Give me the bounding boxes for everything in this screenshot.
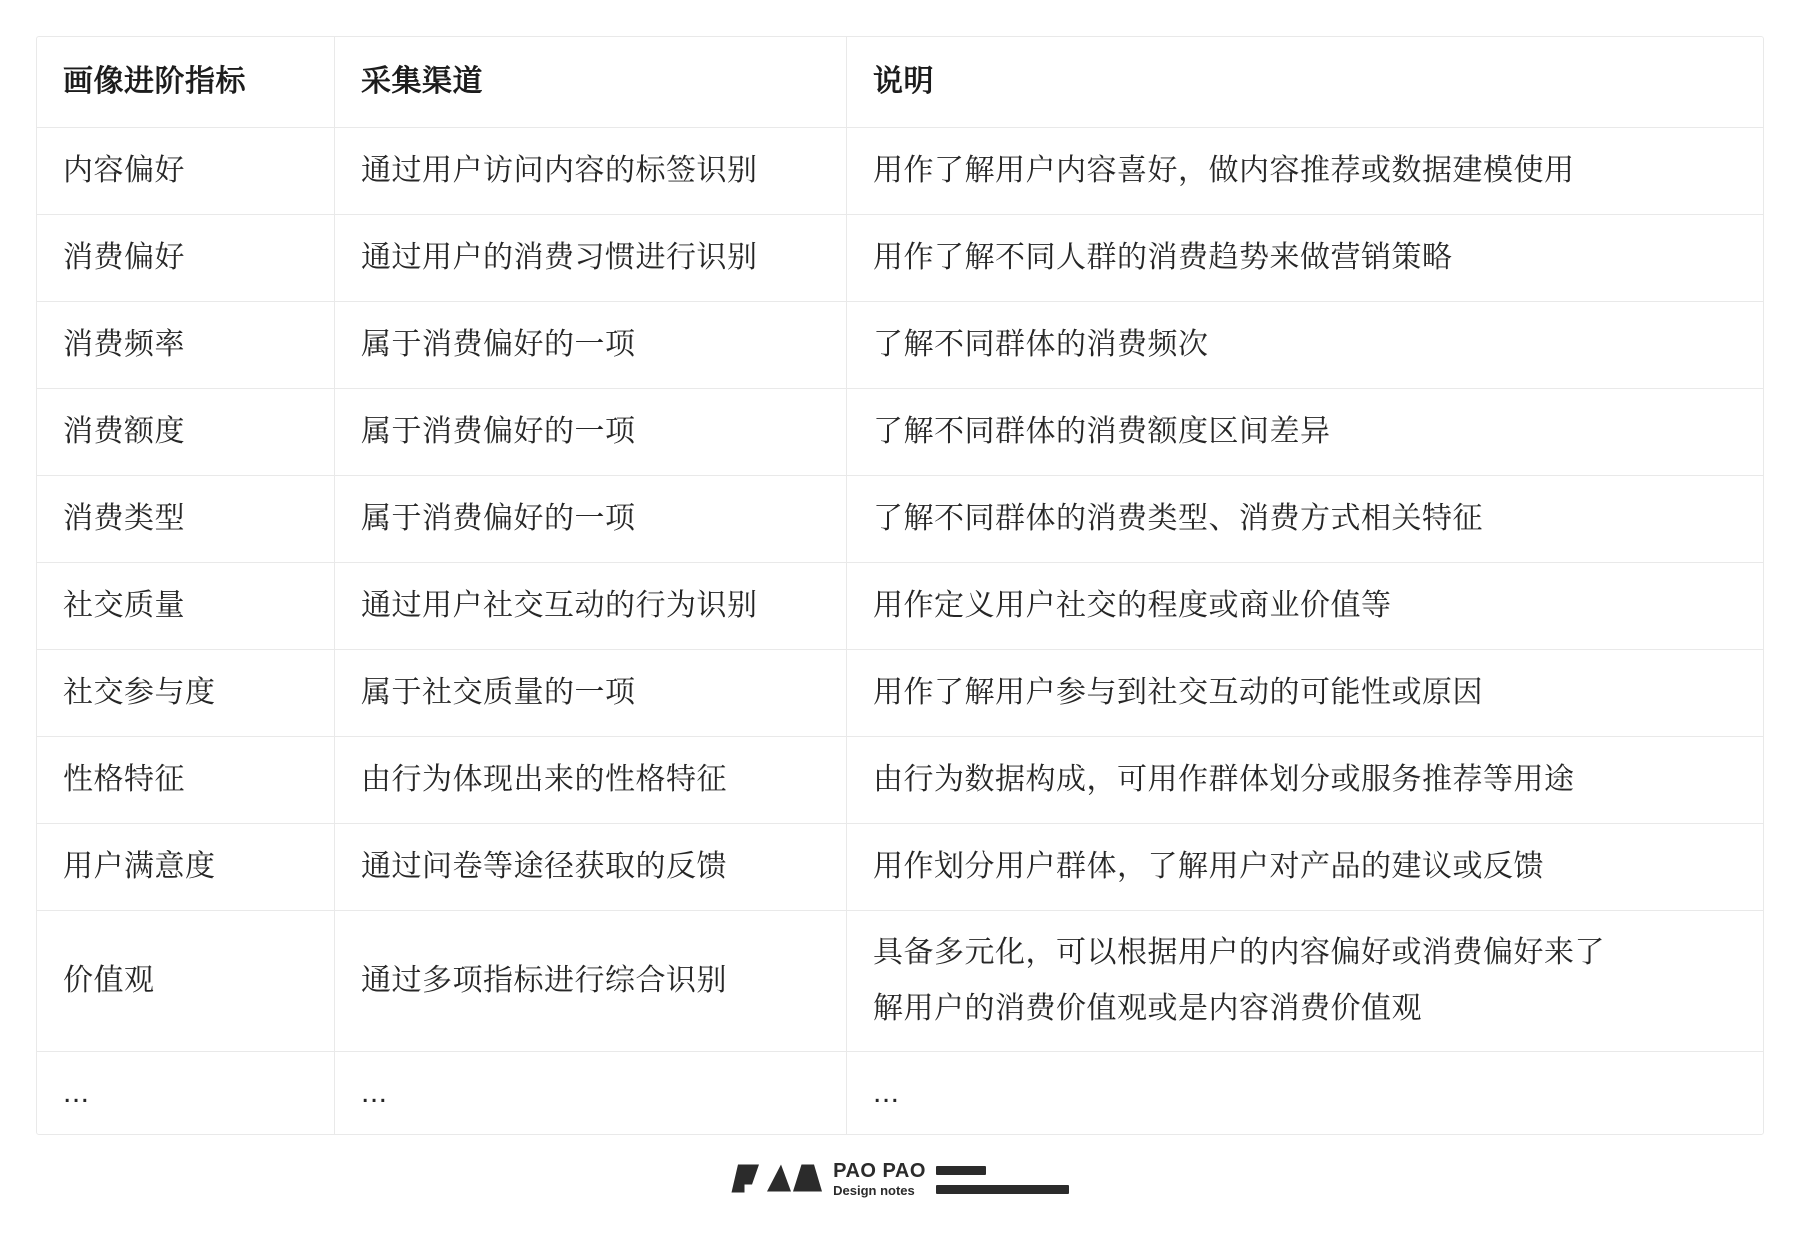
brand-bar-short: [936, 1166, 986, 1175]
table-row: 社交参与度 属于社交质量的一项 用作了解用户参与到社交互动的可能性或原因: [37, 649, 1763, 736]
cell-channel: 属于消费偏好的一项: [334, 302, 846, 388]
cell-text: 社交质量: [63, 578, 185, 634]
brand-name: PAO PAO: [833, 1162, 926, 1181]
cell-description: 具备多元化，可以根据用户的内容偏好或消费偏好来了解用户的消费价值观或是内容消费价…: [846, 911, 1763, 1051]
cell-text: 性格特征: [63, 752, 185, 808]
cell-text: 用作了解用户参与到社交互动的可能性或原因: [873, 665, 1483, 721]
cell-text: 用作划分用户群体，了解用户对产品的建议或反馈: [873, 839, 1544, 895]
cell-text: 通过问卷等途径获取的反馈: [361, 839, 727, 895]
brand-text-block: PAO PAO Design notes: [833, 1162, 926, 1197]
cell-text: 属于社交质量的一项: [361, 665, 636, 721]
cell-text: 通过用户的消费习惯进行识别: [361, 230, 758, 286]
table-row: 用户满意度 通过问卷等途径获取的反馈 用作划分用户群体，了解用户对产品的建议或反…: [37, 823, 1763, 910]
cell-text: 属于消费偏好的一项: [361, 317, 636, 373]
cell-text: 消费频率: [63, 317, 185, 373]
table-row: 消费偏好 通过用户的消费习惯进行识别 用作了解不同人群的消费趋势来做营销策略: [37, 214, 1763, 301]
user-profile-metrics-table: 画像进阶指标 采集渠道 说明 内容偏好 通过用户访问内容的标签识别 用作了解用户…: [36, 36, 1764, 1135]
cell-description: ...: [846, 1052, 1763, 1134]
cell-text: 通过用户访问内容的标签识别: [361, 143, 758, 199]
cell-text: 具备多元化，可以根据用户的内容偏好或消费偏好来了解用户的消费价值观或是内容消费价…: [873, 925, 1633, 1037]
cell-text: ...: [63, 1065, 90, 1121]
cell-metric: 消费频率: [37, 302, 334, 388]
cell-text: 由行为体现出来的性格特征: [361, 752, 727, 808]
cell-text: 消费偏好: [63, 230, 185, 286]
cell-channel: 属于社交质量的一项: [334, 650, 846, 736]
cell-metric: ...: [37, 1052, 334, 1134]
cell-metric: 内容偏好: [37, 128, 334, 214]
cell-description: 用作了解不同人群的消费趋势来做营销策略: [846, 215, 1763, 301]
cell-metric: 价值观: [37, 911, 334, 1051]
cell-text: 用户满意度: [63, 839, 216, 895]
cell-metric: 性格特征: [37, 737, 334, 823]
cell-text: 价值观: [63, 953, 155, 1009]
cell-text: 通过用户社交互动的行为识别: [361, 578, 758, 634]
table-header-row: 画像进阶指标 采集渠道 说明: [37, 37, 1763, 127]
cell-description: 了解不同群体的消费额度区间差异: [846, 389, 1763, 475]
cell-text: 属于消费偏好的一项: [361, 491, 636, 547]
cell-description: 用作了解用户内容喜好，做内容推荐或数据建模使用: [846, 128, 1763, 214]
cell-metric: 社交质量: [37, 563, 334, 649]
cell-description: 了解不同群体的消费类型、消费方式相关特征: [846, 476, 1763, 562]
brand-bar-long: [936, 1185, 1069, 1194]
table-row: ... ... ...: [37, 1051, 1763, 1134]
column-header-label: 采集渠道: [361, 54, 483, 110]
cell-description: 由行为数据构成，可用作群体划分或服务推荐等用途: [846, 737, 1763, 823]
cell-channel: ...: [334, 1052, 846, 1134]
cell-channel: 通过用户访问内容的标签识别: [334, 128, 846, 214]
cell-text: 用作了解用户内容喜好，做内容推荐或数据建模使用: [873, 143, 1575, 199]
cell-description: 用作划分用户群体，了解用户对产品的建议或反馈: [846, 824, 1763, 910]
column-header-label: 说明: [873, 54, 934, 110]
cell-text: 消费类型: [63, 491, 185, 547]
cell-text: 消费额度: [63, 404, 185, 460]
cell-text: 了解不同群体的消费类型、消费方式相关特征: [873, 491, 1483, 547]
cell-metric: 社交参与度: [37, 650, 334, 736]
cell-channel: 通过用户社交互动的行为识别: [334, 563, 846, 649]
cell-channel: 属于消费偏好的一项: [334, 389, 846, 475]
table-row: 消费类型 属于消费偏好的一项 了解不同群体的消费类型、消费方式相关特征: [37, 475, 1763, 562]
footer-logo: PAO PAO Design notes: [0, 1162, 1800, 1197]
cell-channel: 属于消费偏好的一项: [334, 476, 846, 562]
table-row: 社交质量 通过用户社交互动的行为识别 用作定义用户社交的程度或商业价值等: [37, 562, 1763, 649]
cell-description: 用作了解用户参与到社交互动的可能性或原因: [846, 650, 1763, 736]
column-header-description: 说明: [846, 37, 1763, 127]
cell-description: 用作定义用户社交的程度或商业价值等: [846, 563, 1763, 649]
cell-text: ...: [361, 1065, 388, 1121]
cell-text: 属于消费偏好的一项: [361, 404, 636, 460]
column-header-label: 画像进阶指标: [63, 54, 246, 110]
cell-description: 了解不同群体的消费频次: [846, 302, 1763, 388]
cell-channel: 由行为体现出来的性格特征: [334, 737, 846, 823]
table-row: 消费额度 属于消费偏好的一项 了解不同群体的消费额度区间差异: [37, 388, 1763, 475]
cell-metric: 消费偏好: [37, 215, 334, 301]
cell-text: 通过多项指标进行综合识别: [361, 953, 727, 1009]
table-row: 消费频率 属于消费偏好的一项 了解不同群体的消费频次: [37, 301, 1763, 388]
cell-text: 内容偏好: [63, 143, 185, 199]
column-header-metric: 画像进阶指标: [37, 37, 334, 127]
cell-metric: 消费额度: [37, 389, 334, 475]
paopao-logo-icon: [731, 1163, 823, 1197]
cell-text: 由行为数据构成，可用作群体划分或服务推荐等用途: [873, 752, 1575, 808]
table-row: 内容偏好 通过用户访问内容的标签识别 用作了解用户内容喜好，做内容推荐或数据建模…: [37, 127, 1763, 214]
cell-text: 社交参与度: [63, 665, 216, 721]
column-header-channel: 采集渠道: [334, 37, 846, 127]
cell-channel: 通过多项指标进行综合识别: [334, 911, 846, 1051]
brand-bars-icon: [936, 1166, 1069, 1194]
cell-channel: 通过用户的消费习惯进行识别: [334, 215, 846, 301]
cell-text: 了解不同群体的消费额度区间差异: [873, 404, 1331, 460]
cell-metric: 用户满意度: [37, 824, 334, 910]
brand-subtitle: Design notes: [833, 1184, 926, 1197]
cell-text: ...: [873, 1065, 900, 1121]
table-row: 价值观 通过多项指标进行综合识别 具备多元化，可以根据用户的内容偏好或消费偏好来…: [37, 910, 1763, 1051]
table-row: 性格特征 由行为体现出来的性格特征 由行为数据构成，可用作群体划分或服务推荐等用…: [37, 736, 1763, 823]
cell-text: 用作定义用户社交的程度或商业价值等: [873, 578, 1392, 634]
cell-text: 用作了解不同人群的消费趋势来做营销策略: [873, 230, 1453, 286]
cell-text: 了解不同群体的消费频次: [873, 317, 1209, 373]
cell-channel: 通过问卷等途径获取的反馈: [334, 824, 846, 910]
cell-metric: 消费类型: [37, 476, 334, 562]
